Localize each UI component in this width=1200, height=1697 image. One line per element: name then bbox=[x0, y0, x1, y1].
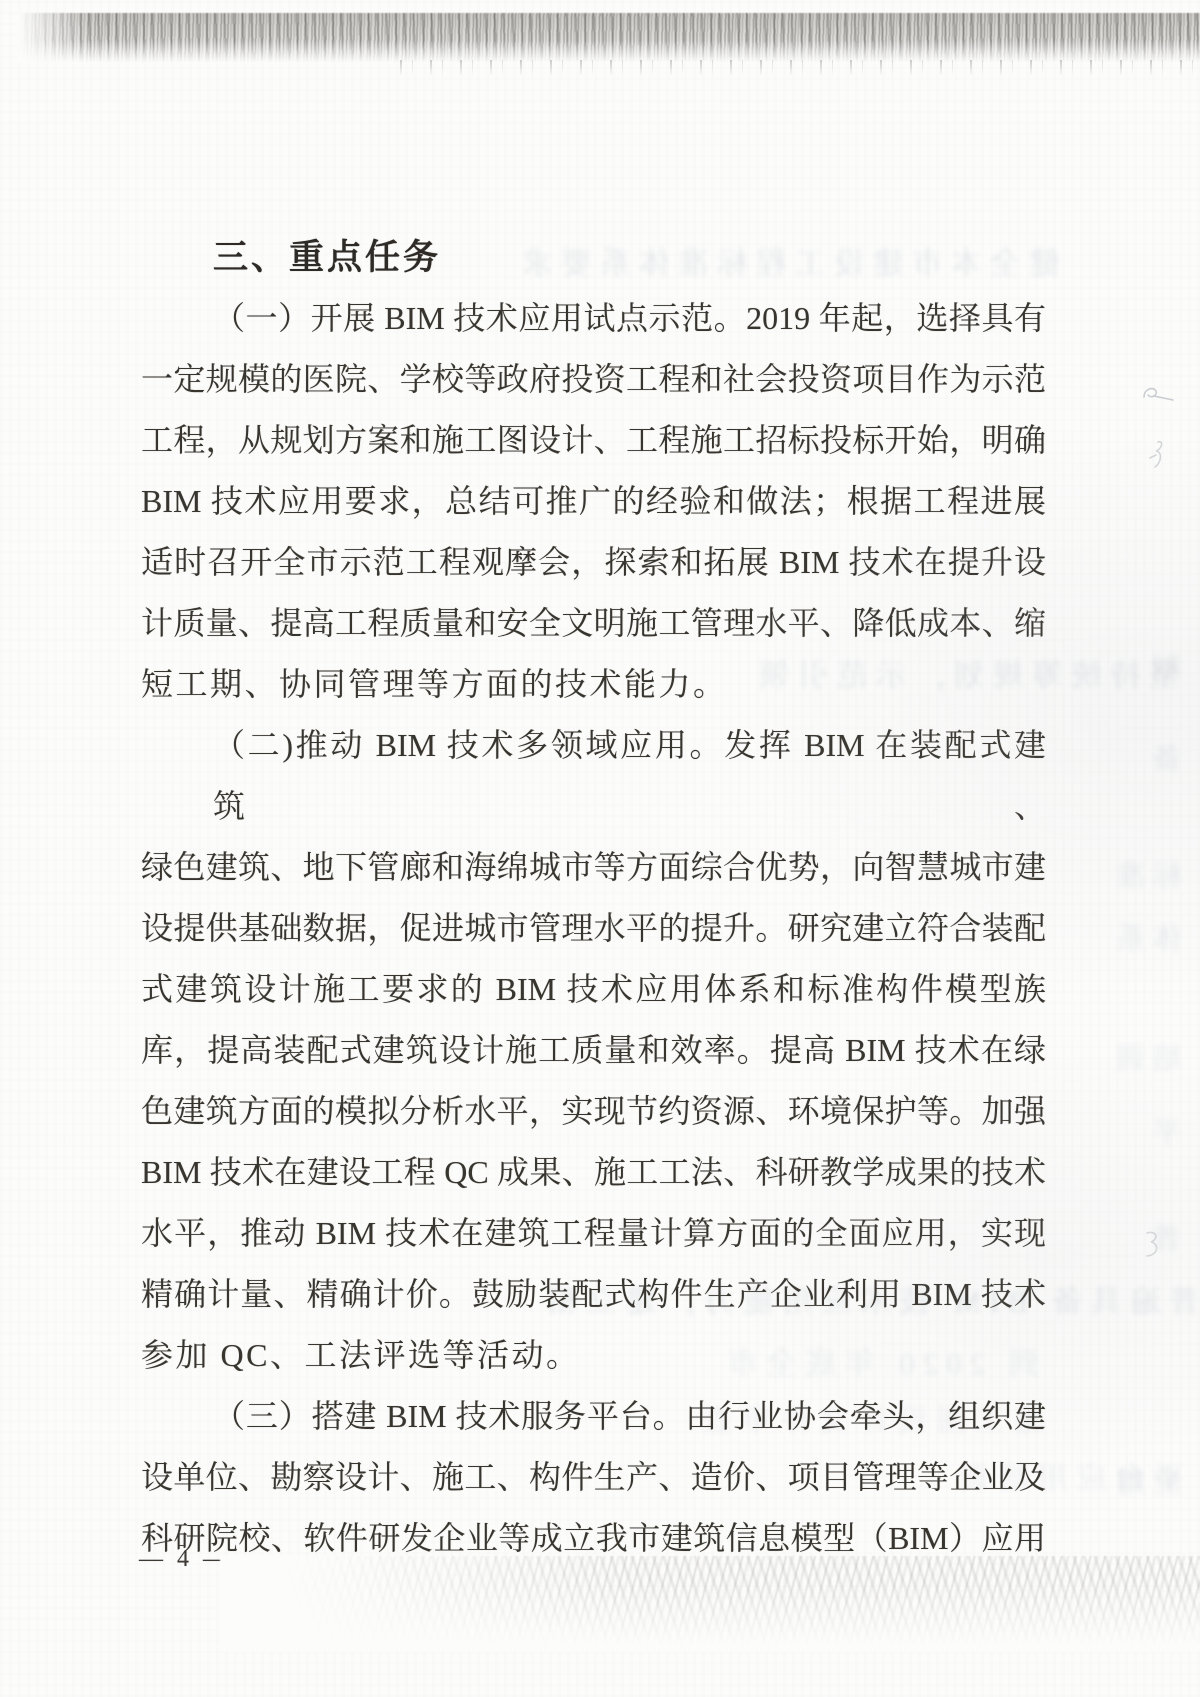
page-number: — 4 — bbox=[139, 1541, 231, 1577]
body-line: 参加 QC、工法评选等活动。 bbox=[141, 1325, 1046, 1386]
print-through-margin-mark: 应用 bbox=[1052, 1462, 1182, 1506]
pencil-mark bbox=[1138, 382, 1176, 408]
body-line: 适时召开全市示范工程观摩会，探索和拓展 BIM 技术在提升设 bbox=[141, 532, 1046, 593]
body-line: 短工期、协同管理等方面的技术能力。 bbox=[141, 654, 1046, 715]
body-line: （一）开展 BIM 技术应用试点示范。2019 年起，选择具有 bbox=[141, 288, 1046, 349]
body-line: 水平，推动 BIM 技术在建筑工程量计算方面的全面应用，实现 bbox=[141, 1203, 1046, 1264]
body-line: 式建筑设计施工要求的 BIM 技术应用体系和标准构件模型族 bbox=[141, 959, 1046, 1020]
print-through-margin-mark: 标准 bbox=[1052, 855, 1182, 899]
body-line: BIM 技术在建设工程 QC 成果、施工工法、科研教学成果的技术 bbox=[141, 1142, 1046, 1203]
body-line: 精确计量、精确计价。鼓励装配式构件生产企业利用 BIM 技术 bbox=[141, 1264, 1046, 1325]
pencil-mark bbox=[1146, 438, 1172, 472]
body-line: 工程，从规划方案和施工图设计、工程施工招标投标开始，明确 bbox=[141, 410, 1046, 471]
body-line: 计质量、提高工程质量和安全文明施工管理水平、降低成本、缩 bbox=[141, 593, 1046, 654]
scan-noise-top-dashes bbox=[400, 60, 1200, 76]
body-line: （二)推动 BIM 技术多领域应用。发挥 BIM 在装配式建筑、 bbox=[141, 715, 1046, 837]
body-line: 色建筑方面的模拟分析水平，实现节约资源、环境保护等。加强 bbox=[141, 1081, 1046, 1142]
body-line: BIM 技术应用要求，总结可推广的经验和做法；根据工程进展 bbox=[141, 471, 1046, 532]
body-line: 设提供基础数据，促进城市管理水平的提升。研究建立符合装配 bbox=[141, 898, 1046, 959]
body-line: 库，提高装配式建筑设计施工质量和效率。提高 BIM 技术在绿 bbox=[141, 1020, 1046, 1081]
scan-noise-top-band bbox=[18, 13, 1200, 63]
print-through-margin-mark: 体系 bbox=[1052, 918, 1182, 962]
print-through-margin-mark: 平 bbox=[1052, 1112, 1182, 1156]
section-heading: 三、重点任务 bbox=[141, 227, 1046, 288]
document-body: 三、重点任务 （一）开展 BIM 技术应用试点示范。2019 年起，选择具有 一… bbox=[141, 227, 1046, 1569]
body-line: 设单位、勘察设计、施工、构件生产、造价、项目管理等企业及 bbox=[141, 1447, 1046, 1508]
print-through-margin-mark: 培训 bbox=[1052, 1038, 1182, 1082]
body-line: （三）搭建 BIM 技术服务平台。由行业协会牵头，组织建 bbox=[141, 1386, 1046, 1447]
print-through-margin-mark: 制 bbox=[1052, 648, 1182, 692]
body-line: 一定规模的医院、学校等政府投资工程和社会投资项目作为示范 bbox=[141, 349, 1046, 410]
scanned-document-page: 健全本市建设工程标准体系要求 坚持统筹规划，示范引领 普遍具备 BIM 技术应用… bbox=[0, 0, 1200, 1697]
print-through-margin-mark: 备 bbox=[1052, 738, 1182, 782]
scan-noise-bottom-band bbox=[220, 1556, 1200, 1652]
pencil-mark bbox=[1140, 1228, 1164, 1262]
body-line: 绿色建筑、地下管廊和海绵城市等方面综合优势，向智慧城市建 bbox=[141, 837, 1046, 898]
